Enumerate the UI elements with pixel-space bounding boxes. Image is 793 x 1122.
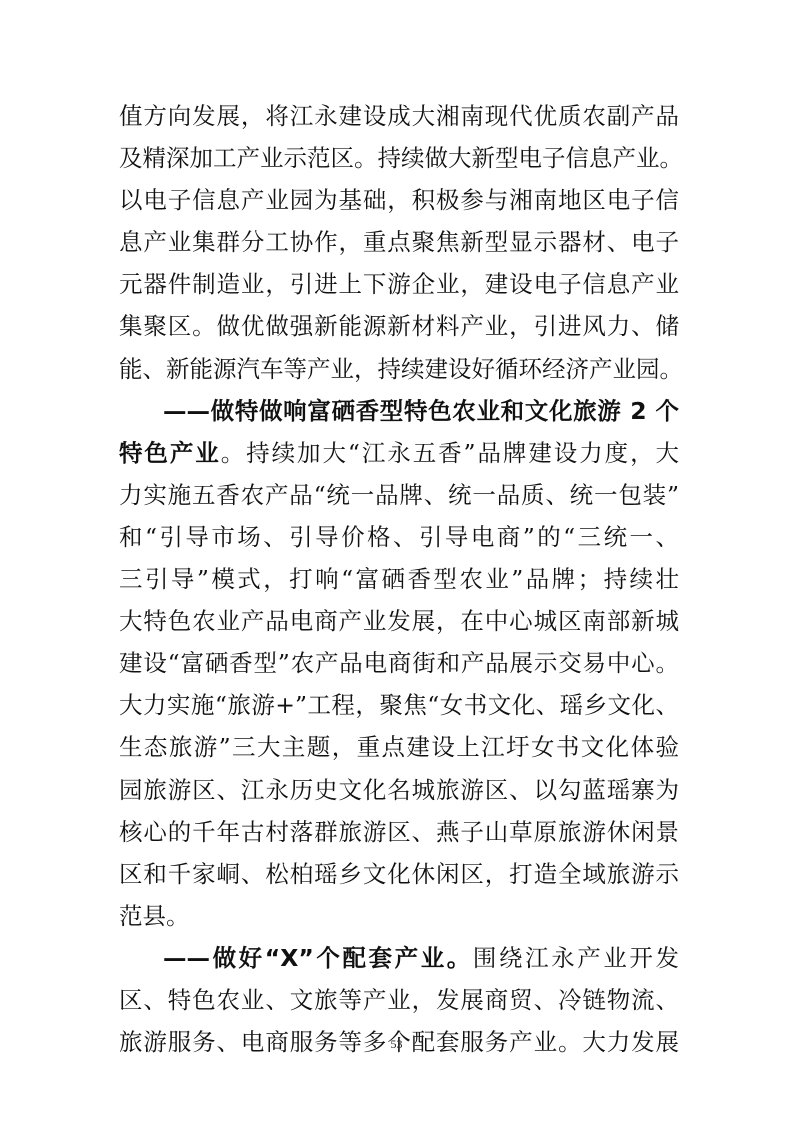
text-line: 园旅游区、江永历史文化名城旅游区、以勾蓝瑶寨为 <box>119 769 679 811</box>
text-line: 能、新能源汽车等产业，持续建设好循环经济产业园。 <box>119 348 679 390</box>
text-line: 核心的千年古村落群旅游区、燕子山草原旅游休闲景 <box>119 811 679 853</box>
text-line: 区、特色农业、文旅等产业，发展商贸、冷链物流、 <box>119 979 679 1021</box>
text-line: 及精深加工产业示范区。持续做大新型电子信息产业。 <box>119 137 679 179</box>
text-line: 区和千家峒、松柏瑶乡文化休闲区，打造全域旅游示 <box>119 853 679 895</box>
section-heading-line: ——做好“X”个配套产业。围绕江永产业开发 <box>119 937 679 979</box>
text-line: 生态旅游”三大主题，重点建设上江圩女书文化体验 <box>119 726 679 768</box>
text-line: 和“引导市场、引导价格、引导电商”的“三统一、 <box>119 516 679 558</box>
text-line: 元器件制造业，引进上下游企业，建设电子信息产业 <box>119 263 679 305</box>
document-page: 值方向发展，将江永建设成大湘南现代优质农副产品 及精深加工产业示范区。持续做大新… <box>0 0 793 1122</box>
paragraph-text: 。持续加大“江永五香”品牌建设力度，大 <box>221 439 679 467</box>
section-heading: ——做好“X”个配套产业。 <box>163 944 473 972</box>
text-line: 集聚区。做优做强新能源新材料产业，引进风力、储 <box>119 305 679 347</box>
text-line: 力实施五香农产品“统一品牌、统一品质、统一包装” <box>119 474 679 516</box>
text-line: 大力实施“旅游+”工程，聚焦“女书文化、瑶乡文化、 <box>119 684 679 726</box>
text-line: 三引导”模式，打响“富硒香型农业”品牌；持续壮 <box>119 558 679 600</box>
text-line: 以电子信息产业园为基础，积极参与湘南地区电子信 <box>119 179 679 221</box>
text-line: 建设“富硒香型”农产品电商街和产品展示交易中心。 <box>119 642 679 684</box>
text-line: 值方向发展，将江永建设成大湘南现代优质农副产品 <box>119 95 679 137</box>
text-line: 大特色农业产品电商产业发展，在中心城区南部新城 <box>119 600 679 642</box>
paragraph-text: 围绕江永产业开发 <box>473 944 679 972</box>
text-line: 特色产业。持续加大“江永五香”品牌建设力度，大 <box>119 432 679 474</box>
text-line: 范县。 <box>119 895 679 937</box>
section-heading: ——做特做响富硒香型特色农业和文化旅游 2 个 <box>163 397 679 425</box>
page-number: 53 <box>0 1037 793 1052</box>
body-text: 值方向发展，将江永建设成大湘南现代优质农副产品 及精深加工产业示范区。持续做大新… <box>119 95 679 1063</box>
section-heading-continued: 特色产业 <box>119 439 221 467</box>
text-line: 息产业集群分工协作，重点聚焦新型显示器材、电子 <box>119 221 679 263</box>
section-heading-line: ——做特做响富硒香型特色农业和文化旅游 2 个 <box>119 390 679 432</box>
